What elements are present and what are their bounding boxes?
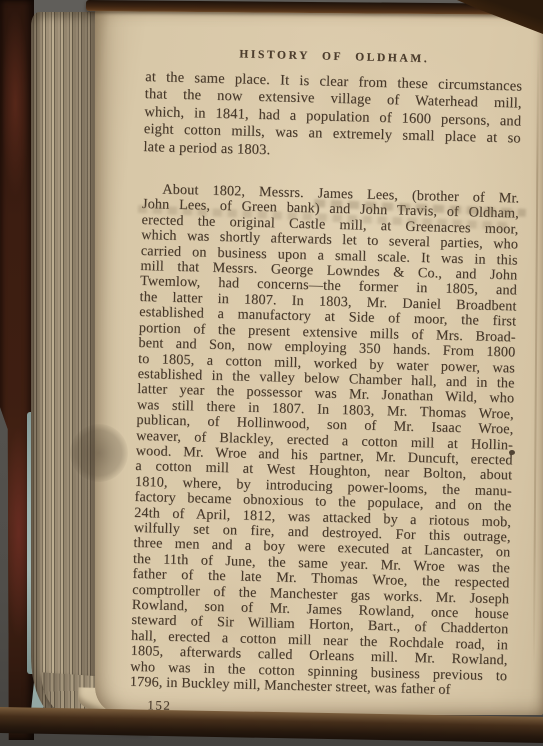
page-stain	[70, 424, 128, 482]
text-block: at the same place. It is clear from thes…	[130, 69, 523, 700]
paragraph: at the same place. It is clear from thes…	[143, 69, 522, 166]
paragraph: About 1802, Messrs. James Lees, (brother…	[130, 182, 520, 700]
book-scan: HISTORY OF OLDHAM. at the same place. It…	[0, 0, 543, 746]
printed-content: HISTORY OF OLDHAM. at the same place. It…	[129, 46, 523, 723]
page-edge-stack	[31, 12, 99, 718]
page-crease	[533, 49, 539, 669]
